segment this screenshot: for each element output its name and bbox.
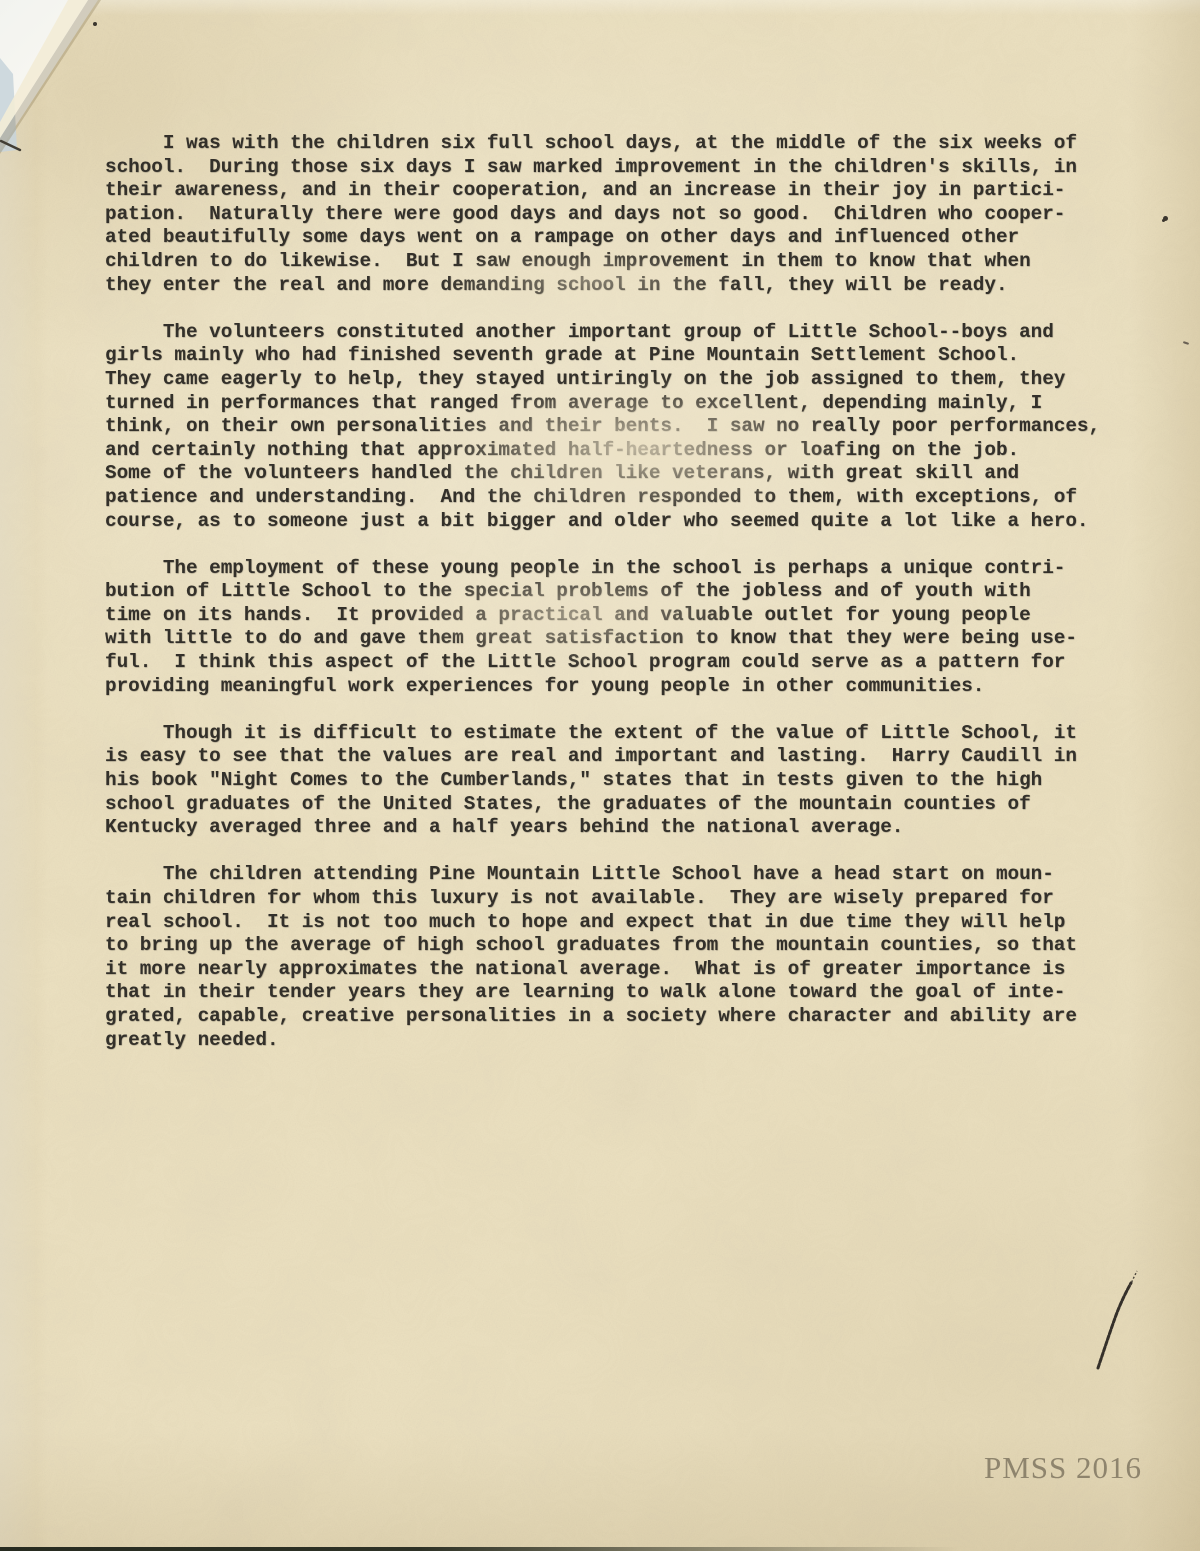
scanned-page: I was with the children six full school … [0,0,1200,1551]
paragraph: The volunteers constituted another impor… [105,321,1165,533]
ink-speck [93,22,97,26]
watermark: PMSS 2016 [984,1450,1142,1486]
scan-bottom-edge [0,1547,1200,1551]
typed-text-block: I was with the children six full school … [105,132,1165,1052]
ink-speck [1183,341,1189,345]
paragraph: The children attending Pine Mountain Lit… [105,863,1165,1052]
paragraph: Though it is difficult to estimate the e… [105,722,1165,840]
ink-speck [1163,216,1168,221]
paragraph: The employment of these young people in … [105,557,1165,699]
paragraph: I was with the children six full school … [105,132,1165,297]
